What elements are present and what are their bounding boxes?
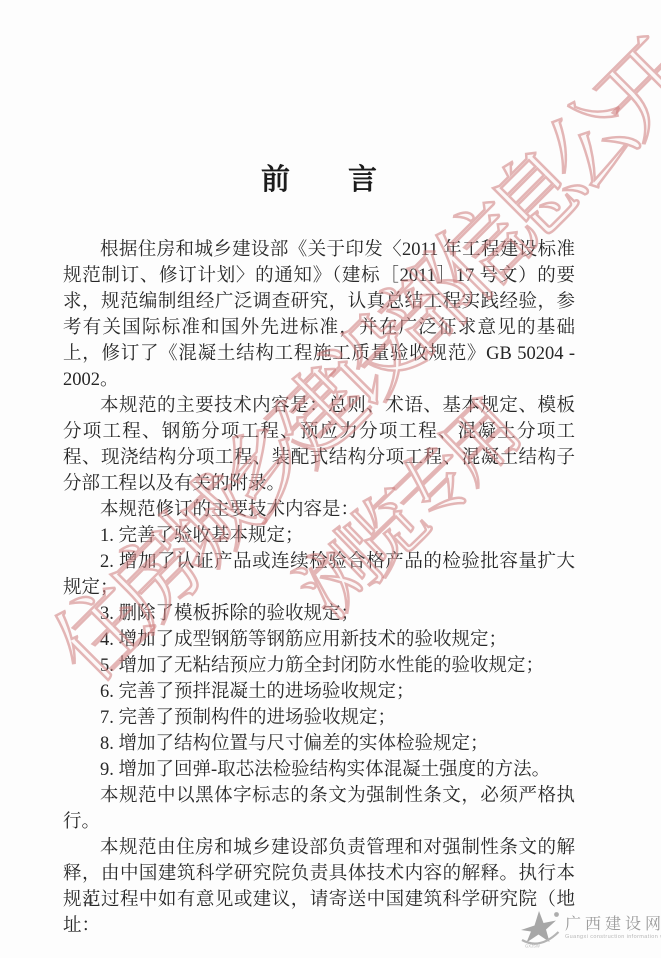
paragraph-intro: 根据住房和城乡建设部《关于印发〈2011 年工程建设标准规范制订、修订计划〉的通… [63, 237, 575, 393]
list-item-8: 8. 增加了结构位置与尺寸偏差的实体检验规定； [63, 731, 575, 757]
page-title: 前 言 [63, 164, 575, 196]
list-item-3: 3. 删除了模板拆除的验收规定； [63, 601, 575, 627]
paragraph-contents: 本规范的主要技术内容是：总则、术语、基本规定、模板分项工程、钢筋分项工程、预应力… [63, 393, 575, 497]
svg-text:GXJSW: GXJSW [525, 944, 540, 949]
list-item-7: 7. 完善了预制构件的进场验收规定； [63, 705, 575, 731]
paragraph-revision-lead: 本规范修订的主要技术内容是： [63, 497, 575, 523]
list-item-2: 2. 增加了认证产品或连续检验合格产品的检验批容量扩大规定； [63, 549, 575, 601]
page-content: 前 言 根据住房和城乡建设部《关于印发〈2011 年工程建设标准规范制订、修订计… [63, 164, 575, 939]
list-item-5: 5. 增加了无粘结预应力筋全封闭防水性能的验收规定； [63, 653, 575, 679]
list-item-6: 6. 完善了预拌混凝土的进场验收规定； [63, 679, 575, 705]
list-item-4: 4. 增加了成型钢筋等钢筋应用新技术的验收规定； [63, 627, 575, 653]
paragraph-mandatory: 本规范中以黑体字标志的条文为强制性条文，必须严格执行。 [63, 783, 575, 835]
star-swoosh-icon: GXJSW [519, 903, 561, 954]
footer-logo: GXJSW 广西建设网 Guangxi construction informa… [519, 903, 657, 954]
list-item-1: 1. 完善了验收基本规定； [63, 523, 575, 549]
list-item-9: 9. 增加了回弹-取芯法检验结构实体混凝土强度的方法。 [63, 757, 575, 783]
logo-tagline: Guangxi construction information website [565, 934, 661, 941]
page-number: 4 [84, 890, 93, 911]
logo-site-name: 广西建设网 [565, 916, 661, 934]
document-page: 住房城乡建设部信息公开 浏览专用 前 言 根据住房和城乡建设部《关于印发〈201… [0, 0, 661, 958]
paragraph-management: 本规范由住房和城乡建设部负责管理和对强制性条文的解释，由中国建筑科学研究院负责具… [63, 835, 575, 939]
